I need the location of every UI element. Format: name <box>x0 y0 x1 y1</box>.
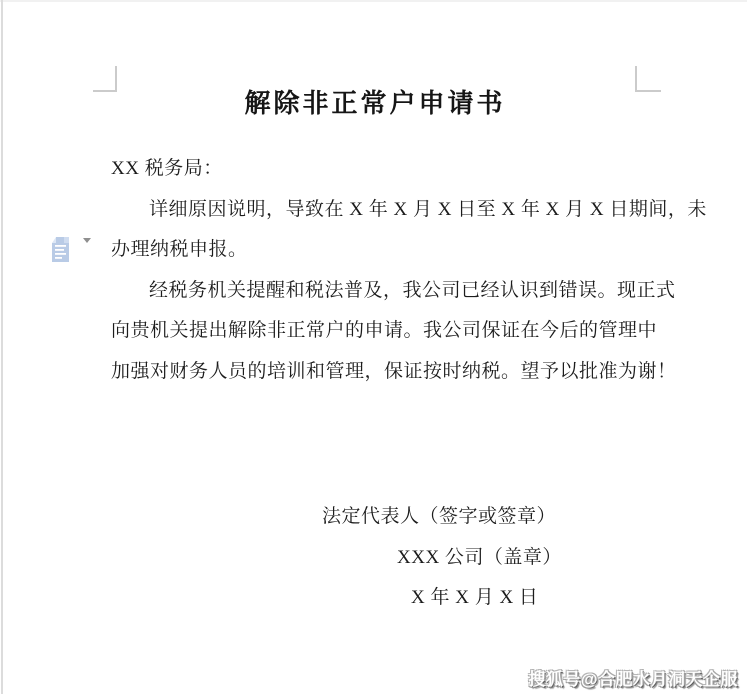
signature-block: 法定代表人（签字或签章） XXX 公司（盖章） X 年 X 月 X 日 <box>111 497 645 619</box>
paragraph-line: 详细原因说明，导致在 X 年 X 月 X 日至 X 年 X 月 X 日期间，未 <box>111 190 645 231</box>
paste-options-button[interactable] <box>50 235 96 265</box>
dropdown-arrow-icon <box>82 243 91 261</box>
paragraph-line: 办理纳税申报。 <box>111 230 645 271</box>
window-left-edge <box>1 0 3 694</box>
sohu-watermark: 搜狐号@合肥水月洞天企服 <box>528 665 738 690</box>
signature-legal-rep: 法定代表人（签字或签章） <box>111 497 645 538</box>
paste-options-icon <box>50 235 72 270</box>
letter-title: 解除非正常户申请书 <box>111 84 639 124</box>
paragraph-line: 加强对财务人员的培训和管理，保证按时纳税。望予以批准为谢！ <box>111 352 645 393</box>
document-page: 解除非正常户申请书 XX 税务局： 详细原因说明，导致在 X 年 X 月 X 日… <box>0 0 747 694</box>
paragraph-line: 向贵机关提出解除非正常户的申请。我公司保证在今后的管理中 <box>111 311 645 352</box>
window-top-edge <box>0 0 747 2</box>
signature-date: X 年 X 月 X 日 <box>111 578 645 619</box>
salutation: XX 税务局： <box>111 149 645 190</box>
paragraph-line: 经税务机关提醒和税法普及，我公司已经认识到错误。现正式 <box>111 271 645 312</box>
letter-body: XX 税务局： 详细原因说明，导致在 X 年 X 月 X 日至 X 年 X 月 … <box>111 149 645 392</box>
signature-company: XXX 公司（盖章） <box>111 538 645 579</box>
